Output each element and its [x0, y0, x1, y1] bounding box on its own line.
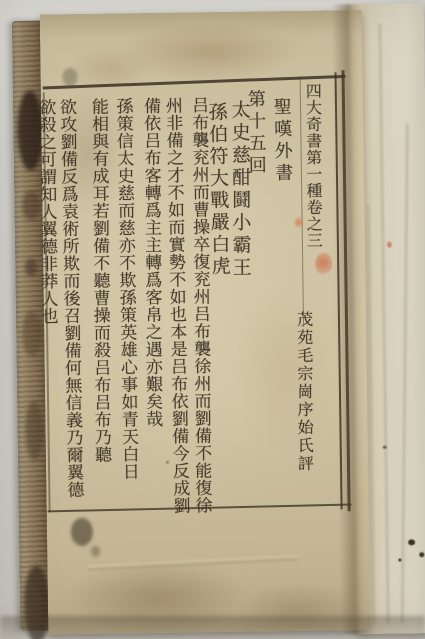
chapter-title-column-1: 太史慈酣鬪小霸王 [230, 100, 250, 280]
paper-speck [398, 558, 401, 561]
paper-speck [419, 552, 424, 557]
commentary-column: 州非備之才不如而實勢不如也本是吕布依劉備今反成劉 [164, 96, 189, 514]
paper-wrinkle [87, 555, 297, 570]
ink-smudge [62, 68, 77, 86]
printed-page: 四大奇書第一種卷之三 聖嘆外書 第十五回 太史慈酣鬪小霸王 孫伯符大戰嚴白虎 吕… [40, 10, 371, 634]
edge-ink-stain [25, 400, 44, 460]
commentary-column: 孫策信太史慈而慈亦不欺孫策英雄心事如青天白日 [114, 97, 138, 480]
commentary-column: 能相與有成耳若劉備不聽曹操而殺吕布吕布乃聽 [90, 98, 110, 464]
commentary-column: 欲殺之可謂知人翼德非莽人也 [37, 98, 56, 324]
book-bottom-shadow [0, 616, 425, 639]
commentator-attribution-column: 茂苑毛宗崗序始氏評 [295, 311, 312, 473]
series-title-column: 四大奇書第一種卷之三 [303, 83, 320, 249]
ink-smudge [71, 518, 93, 546]
open-book: 四大奇書第一種卷之三 聖嘆外書 第十五回 太史慈酣鬪小霸王 孫伯符大戰嚴白虎 吕… [12, 3, 425, 639]
commentary-column: 備依吕布客轉爲主主轉爲客帛之遇亦艱矣哉 [142, 97, 161, 428]
red-speck [387, 242, 392, 248]
red-seal-stamp [315, 252, 332, 275]
shengtan-waishu-label-column: 聖嘆外書 [272, 97, 292, 185]
page-crease [378, 24, 392, 624]
ink-smudge [91, 546, 100, 557]
chapter-title-column-2: 孫伯符大戰嚴白虎 [206, 102, 228, 278]
edge-ink-stain [25, 259, 37, 277]
paper-speck [383, 446, 387, 449]
paper-speck [408, 539, 415, 545]
paper-speck [166, 461, 169, 464]
commentary-column: 吕布襲兖州而曹操卒復兖州吕布襲徐州而劉備不能復徐 [190, 96, 211, 514]
commentary-column: 欲攻劉備反爲袁術所欺而後召劉備何無信義乃爾翼德 [58, 98, 83, 498]
photo-of-book: 四大奇書第一種卷之三 聖嘆外書 第十五回 太史慈酣鬪小霸王 孫伯符大戰嚴白虎 吕… [0, 0, 425, 639]
